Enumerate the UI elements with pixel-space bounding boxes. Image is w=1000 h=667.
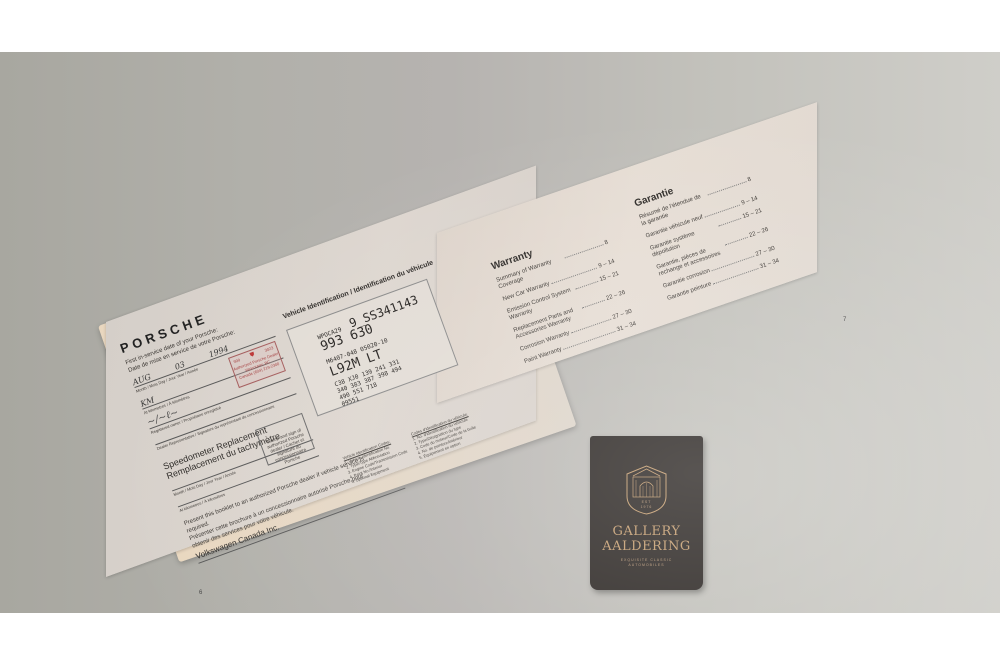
toc-leader-dots bbox=[708, 181, 747, 195]
toc-entry-pages: 15 – 21 bbox=[742, 208, 763, 220]
card-name-line2: AALDERING bbox=[590, 539, 703, 554]
toc-entry-pages: 27 – 30 bbox=[755, 246, 776, 258]
toc-entry-pages: 15 – 21 bbox=[599, 271, 620, 283]
toc-entry-pages: 22 – 26 bbox=[605, 290, 626, 302]
left-page-number: 6 bbox=[199, 590, 202, 596]
toc-entry-pages: 9 – 14 bbox=[741, 196, 759, 207]
toc-entry-pages: 27 – 30 bbox=[612, 309, 633, 321]
crest-est: EST bbox=[590, 500, 703, 504]
toc-leader-dots bbox=[575, 281, 598, 290]
crest-year: 1976 bbox=[590, 505, 703, 509]
toc-leader-dots bbox=[725, 237, 748, 246]
photo-background: PORSCHE First in-service date of your Po… bbox=[0, 52, 1000, 613]
card-tagline-line1: EXQUISITE CLASSIC bbox=[590, 558, 703, 562]
gallery-aaldering-card: EST 1976 GALLERY AALDERING EXQUISITE CLA… bbox=[590, 436, 703, 590]
right-page-number: 7 bbox=[843, 317, 846, 323]
toc-leader-dots bbox=[718, 218, 741, 227]
card-tagline-line2: AUTOMOBILES bbox=[590, 563, 703, 567]
toc-leader-dots bbox=[565, 244, 604, 258]
card-name-line1: GALLERY bbox=[590, 524, 703, 539]
toc-leader-dots bbox=[582, 300, 605, 309]
toc-entry-pages: 22 – 26 bbox=[748, 227, 769, 239]
warranty-booklet: PORSCHE First in-service date of your Po… bbox=[0, 52, 1000, 613]
toc-entry-pages: 9 – 14 bbox=[598, 259, 616, 270]
